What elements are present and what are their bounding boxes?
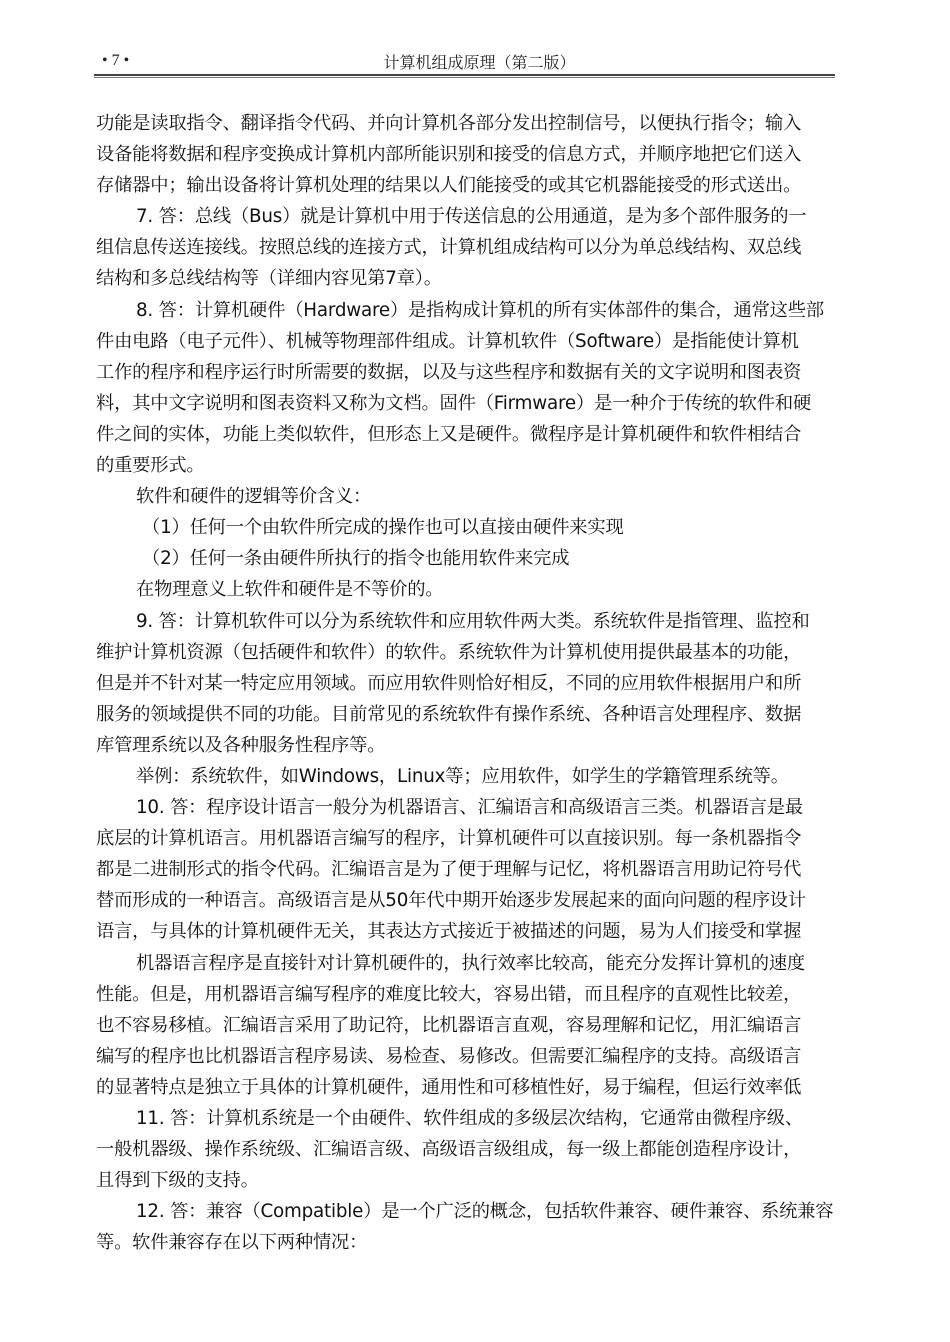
text-line: 机器语言程序是直接针对计算机硬件的，执行效率比较高，能充分发挥计算机的速度: [96, 948, 856, 979]
text-line: 料，其中文字说明和图表资料又称为文档。固件（Firmware）是一种介于传统的软…: [96, 388, 856, 419]
text-line: 替而形成的一种语言。高级语言是从50年代中期开始逐步发展起来的面向问题的程序设计: [96, 885, 856, 916]
text-line: 举例：系统软件，如Windows，Linux等；应用软件，如学生的学籍管理系统等…: [96, 761, 856, 792]
text-line: 底层的计算机语言。用机器语言编写的程序，计算机硬件可以直接识别。每一条机器指令: [96, 823, 856, 854]
text-line: 8. 答：计算机硬件（Hardware）是指构成计算机的所有实体部件的集合，通常…: [96, 295, 856, 326]
text-line: 组信息传送连接线。按照总线的连接方式，计算机组成结构可以分为单总线结构、双总线: [96, 232, 856, 263]
text-line: 设备能将数据和程序变换成计算机内部所能识别和接受的信息方式，并顺序地把它们送入: [96, 139, 856, 170]
text-line: 9. 答：计算机软件可以分为系统软件和应用软件两大类。系统软件是指管理、监控和: [96, 606, 856, 637]
running-title: 计算机组成原理（第二版）: [94, 50, 835, 73]
text-line: 10. 答：程序设计语言一般分为机器语言、汇编语言和高级语言三类。机器语言是最: [96, 792, 856, 823]
text-line: （2）任何一条由硬件所执行的指令也能用软件来完成: [96, 543, 856, 574]
page-body: 功能是读取指令、翻译指令代码、并向计算机各部分发出控制信号，以便执行指令；输入设…: [96, 108, 856, 1258]
text-line: 在物理意义上软件和硬件是不等价的。: [96, 574, 856, 605]
text-line: 编写的程序也比机器语言程序易读、易检查、易修改。但需要汇编程序的支持。高级语言: [96, 1041, 856, 1072]
text-line: 的重要形式。: [96, 450, 856, 481]
text-line: 12. 答：兼容（Compatible）是一个广泛的概念，包括软件兼容、硬件兼容…: [96, 1196, 856, 1227]
header-rule-thin: [94, 77, 835, 78]
text-line: 且得到下级的支持。: [96, 1165, 856, 1196]
text-line: 性能。但是，用机器语言编写程序的难度比较大，容易出错，而且程序的直观性比较差，: [96, 979, 856, 1010]
text-line: 等。软件兼容存在以下两种情况：: [96, 1227, 856, 1258]
text-line: 件由电路（电子元件）、机械等物理部件组成。计算机软件（Software）是指能使…: [96, 326, 856, 357]
text-line: 结构和多总线结构等（详细内容见第7章）。: [96, 263, 856, 294]
text-line: 的显著特点是独立于具体的计算机硬件，通用性和可移植性好，易于编程，但运行效率低: [96, 1072, 856, 1103]
text-line: 功能是读取指令、翻译指令代码、并向计算机各部分发出控制信号，以便执行指令；输入: [96, 108, 856, 139]
text-line: 7. 答：总线（Bus）就是计算机中用于传送信息的公用通道，是为多个部件服务的一: [96, 201, 856, 232]
text-line: 软件和硬件的逻辑等价含义：: [96, 481, 856, 512]
header-rule-thick: [94, 74, 835, 76]
text-line: 服务的领域提供不同的功能。目前常见的系统软件有操作系统、各种语言处理程序、数据: [96, 699, 856, 730]
text-line: 也不容易移植。汇编语言采用了助记符，比机器语言直观，容易理解和记忆，用汇编语言: [96, 1010, 856, 1041]
text-line: 维护计算机资源（包括硬件和软件）的软件。系统软件为计算机使用提供最基本的功能，: [96, 637, 856, 668]
text-line: （1）任何一个由软件所完成的操作也可以直接由硬件来实现: [96, 512, 856, 543]
text-line: 都是二进制形式的指令代码。汇编语言是为了便于理解与记忆，将机器语言用助记符号代: [96, 854, 856, 885]
text-line: 件之间的实体，功能上类似软件，但形态上又是硬件。微程序是计算机硬件和软件相结合: [96, 419, 856, 450]
text-line: 一般机器级、操作系统级、汇编语言级、高级语言级组成，每一级上都能创造程序设计，: [96, 1134, 856, 1165]
text-line: 存储器中；输出设备将计算机处理的结果以人们能接受的或其它机器能接受的形式送出。: [96, 170, 856, 201]
text-line: 语言，与具体的计算机硬件无关，其表达方式接近于被描述的问题，易为人们接受和掌握: [96, 916, 856, 947]
page-header: • 7 • 计算机组成原理（第二版）: [94, 50, 835, 74]
text-line: 工作的程序和程序运行时所需要的数据，以及与这些程序和数据有关的文字说明和图表资: [96, 357, 856, 388]
text-line: 库管理系统以及各种服务性程序等。: [96, 730, 856, 761]
text-line: 11. 答：计算机系统是一个由硬件、软件组成的多级层次结构，它通常由微程序级、: [96, 1103, 856, 1134]
text-line: 但是并不针对某一特定应用领域。而应用软件则恰好相反，不同的应用软件根据用户和所: [96, 668, 856, 699]
